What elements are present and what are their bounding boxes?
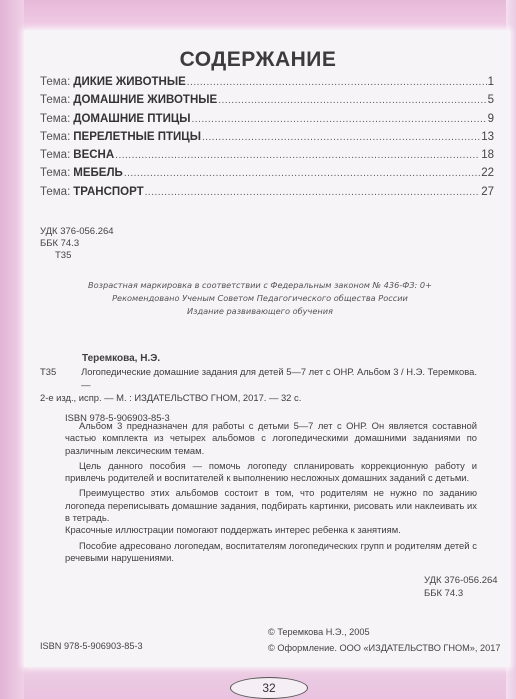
toc-item[interactable]: Тема: ВЕСНА 18	[40, 149, 494, 167]
toc-leader-dots	[192, 114, 487, 125]
toc-item-prefix: Тема:	[40, 167, 70, 179]
toc-item[interactable]: Тема: ПЕРЕЛЕТНЫЕ ПТИЦЫ 13	[40, 131, 494, 149]
toc-leader-dots	[115, 150, 480, 161]
bbk-code: ББК 74.3	[40, 238, 114, 250]
toc-leader-dots	[145, 187, 481, 198]
bibliographic-record: Теремкова, Н.Э. Т35 Логопедические домаш…	[40, 352, 480, 424]
toc-item-page: 18	[481, 149, 494, 161]
udk-code: УДК 376-056.264	[40, 226, 114, 238]
edition-text: Издание развивающего обучения	[85, 305, 435, 318]
annotation: Альбом 3 предназначен для работы с детьм…	[65, 420, 477, 567]
toc-leader-dots	[202, 132, 480, 143]
toc-item-name: ВЕСНА	[73, 149, 114, 161]
recommendation-text: Рекомендовано Ученым Советом Педагогичес…	[85, 292, 435, 305]
age-rating-text: Возрастная маркировка в соответствии с Ф…	[85, 279, 435, 292]
author-mark: Т35	[40, 250, 114, 262]
toc-item-name: ПЕРЕЛЕТНЫЕ ПТИЦЫ	[73, 131, 201, 143]
toc-leader-dots	[124, 168, 480, 179]
bib-title-line: Логопедические домашние задания для дете…	[81, 365, 480, 391]
toc-item[interactable]: Тема: ДОМАШНИЕ ПТИЦЫ 9	[40, 113, 494, 131]
annotation-paragraph: Цель данного пособия — помочь логопеду с…	[65, 460, 477, 485]
age-marking-block: Возрастная маркировка в соответствии с Ф…	[85, 279, 435, 318]
toc-item-page: 9	[488, 113, 494, 125]
toc-item-name: ДОМАШНИЕ ПТИЦЫ	[73, 113, 190, 125]
udk-code: УДК 376-056.264	[424, 574, 498, 587]
toc-item[interactable]: Тема: ТРАНСПОРТ 27	[40, 186, 494, 204]
toc-item-prefix: Тема:	[40, 131, 70, 143]
toc-item-prefix: Тема:	[40, 76, 70, 88]
copyright-author: © Теремкова Н.Э., 2005	[268, 624, 500, 640]
author-name: Теремкова, Н.Э.	[40, 352, 480, 365]
copyright-design: © Оформление. ООО «ИЗДАТЕЛЬСТВО ГНОМ», 2…	[268, 640, 500, 656]
contents-title: СОДЕРЖАНИЕ	[0, 48, 516, 72]
footer-classification: УДК 376-056.264 ББК 74.3	[424, 574, 498, 600]
page-number: 32	[230, 677, 308, 699]
annotation-paragraph: Преимущество этих альбомов состоит в том…	[65, 487, 477, 524]
toc-item-page: 1	[488, 76, 494, 88]
table-of-contents: Тема: ДИКИЕ ЖИВОТНЫЕ 1 Тема: ДОМАШНИЕ ЖИ…	[40, 76, 494, 204]
toc-item-name: ТРАНСПОРТ	[73, 186, 143, 198]
copyright-block: © Теремкова Н.Э., 2005 © Оформление. ООО…	[268, 624, 500, 656]
bbk-code: ББК 74.3	[424, 587, 498, 600]
classification-block: УДК 376-056.264 ББК 74.3 Т35	[40, 226, 114, 262]
footer-isbn: ISBN 978-5-906903-85-3	[40, 641, 143, 651]
toc-item-name: МЕБЕЛЬ	[73, 167, 123, 179]
toc-item[interactable]: Тема: МЕБЕЛЬ 22	[40, 167, 494, 185]
toc-item-page: 5	[488, 94, 494, 106]
toc-item-prefix: Тема:	[40, 186, 70, 198]
annotation-paragraph: Альбом 3 предназначен для работы с детьм…	[65, 420, 477, 457]
toc-item-name: ДОМАШНИЕ ЖИВОТНЫЕ	[73, 94, 217, 106]
bib-edition-line: 2-е изд., испр. — М. : ИЗДАТЕЛЬСТВО ГНОМ…	[40, 391, 480, 404]
annotation-paragraph: Пособие адресовано логопедам, воспитател…	[65, 540, 477, 565]
toc-item-name: ДИКИЕ ЖИВОТНЫЕ	[73, 76, 186, 88]
toc-leader-dots	[218, 95, 486, 106]
toc-item-prefix: Тема:	[40, 94, 70, 106]
toc-item-prefix: Тема:	[40, 113, 70, 125]
page-frame-left	[0, 0, 24, 699]
toc-item[interactable]: Тема: ДИКИЕ ЖИВОТНЫЕ 1	[40, 76, 494, 94]
annotation-paragraph: Красочные иллюстрации помогают поддержат…	[65, 524, 477, 536]
toc-item[interactable]: Тема: ДОМАШНИЕ ЖИВОТНЫЕ 5	[40, 94, 494, 112]
toc-item-page: 22	[481, 167, 494, 179]
toc-item-page: 27	[481, 186, 494, 198]
toc-item-prefix: Тема:	[40, 149, 70, 161]
toc-leader-dots	[187, 77, 487, 88]
toc-item-page: 13	[481, 131, 494, 143]
author-mark: Т35	[40, 365, 81, 391]
